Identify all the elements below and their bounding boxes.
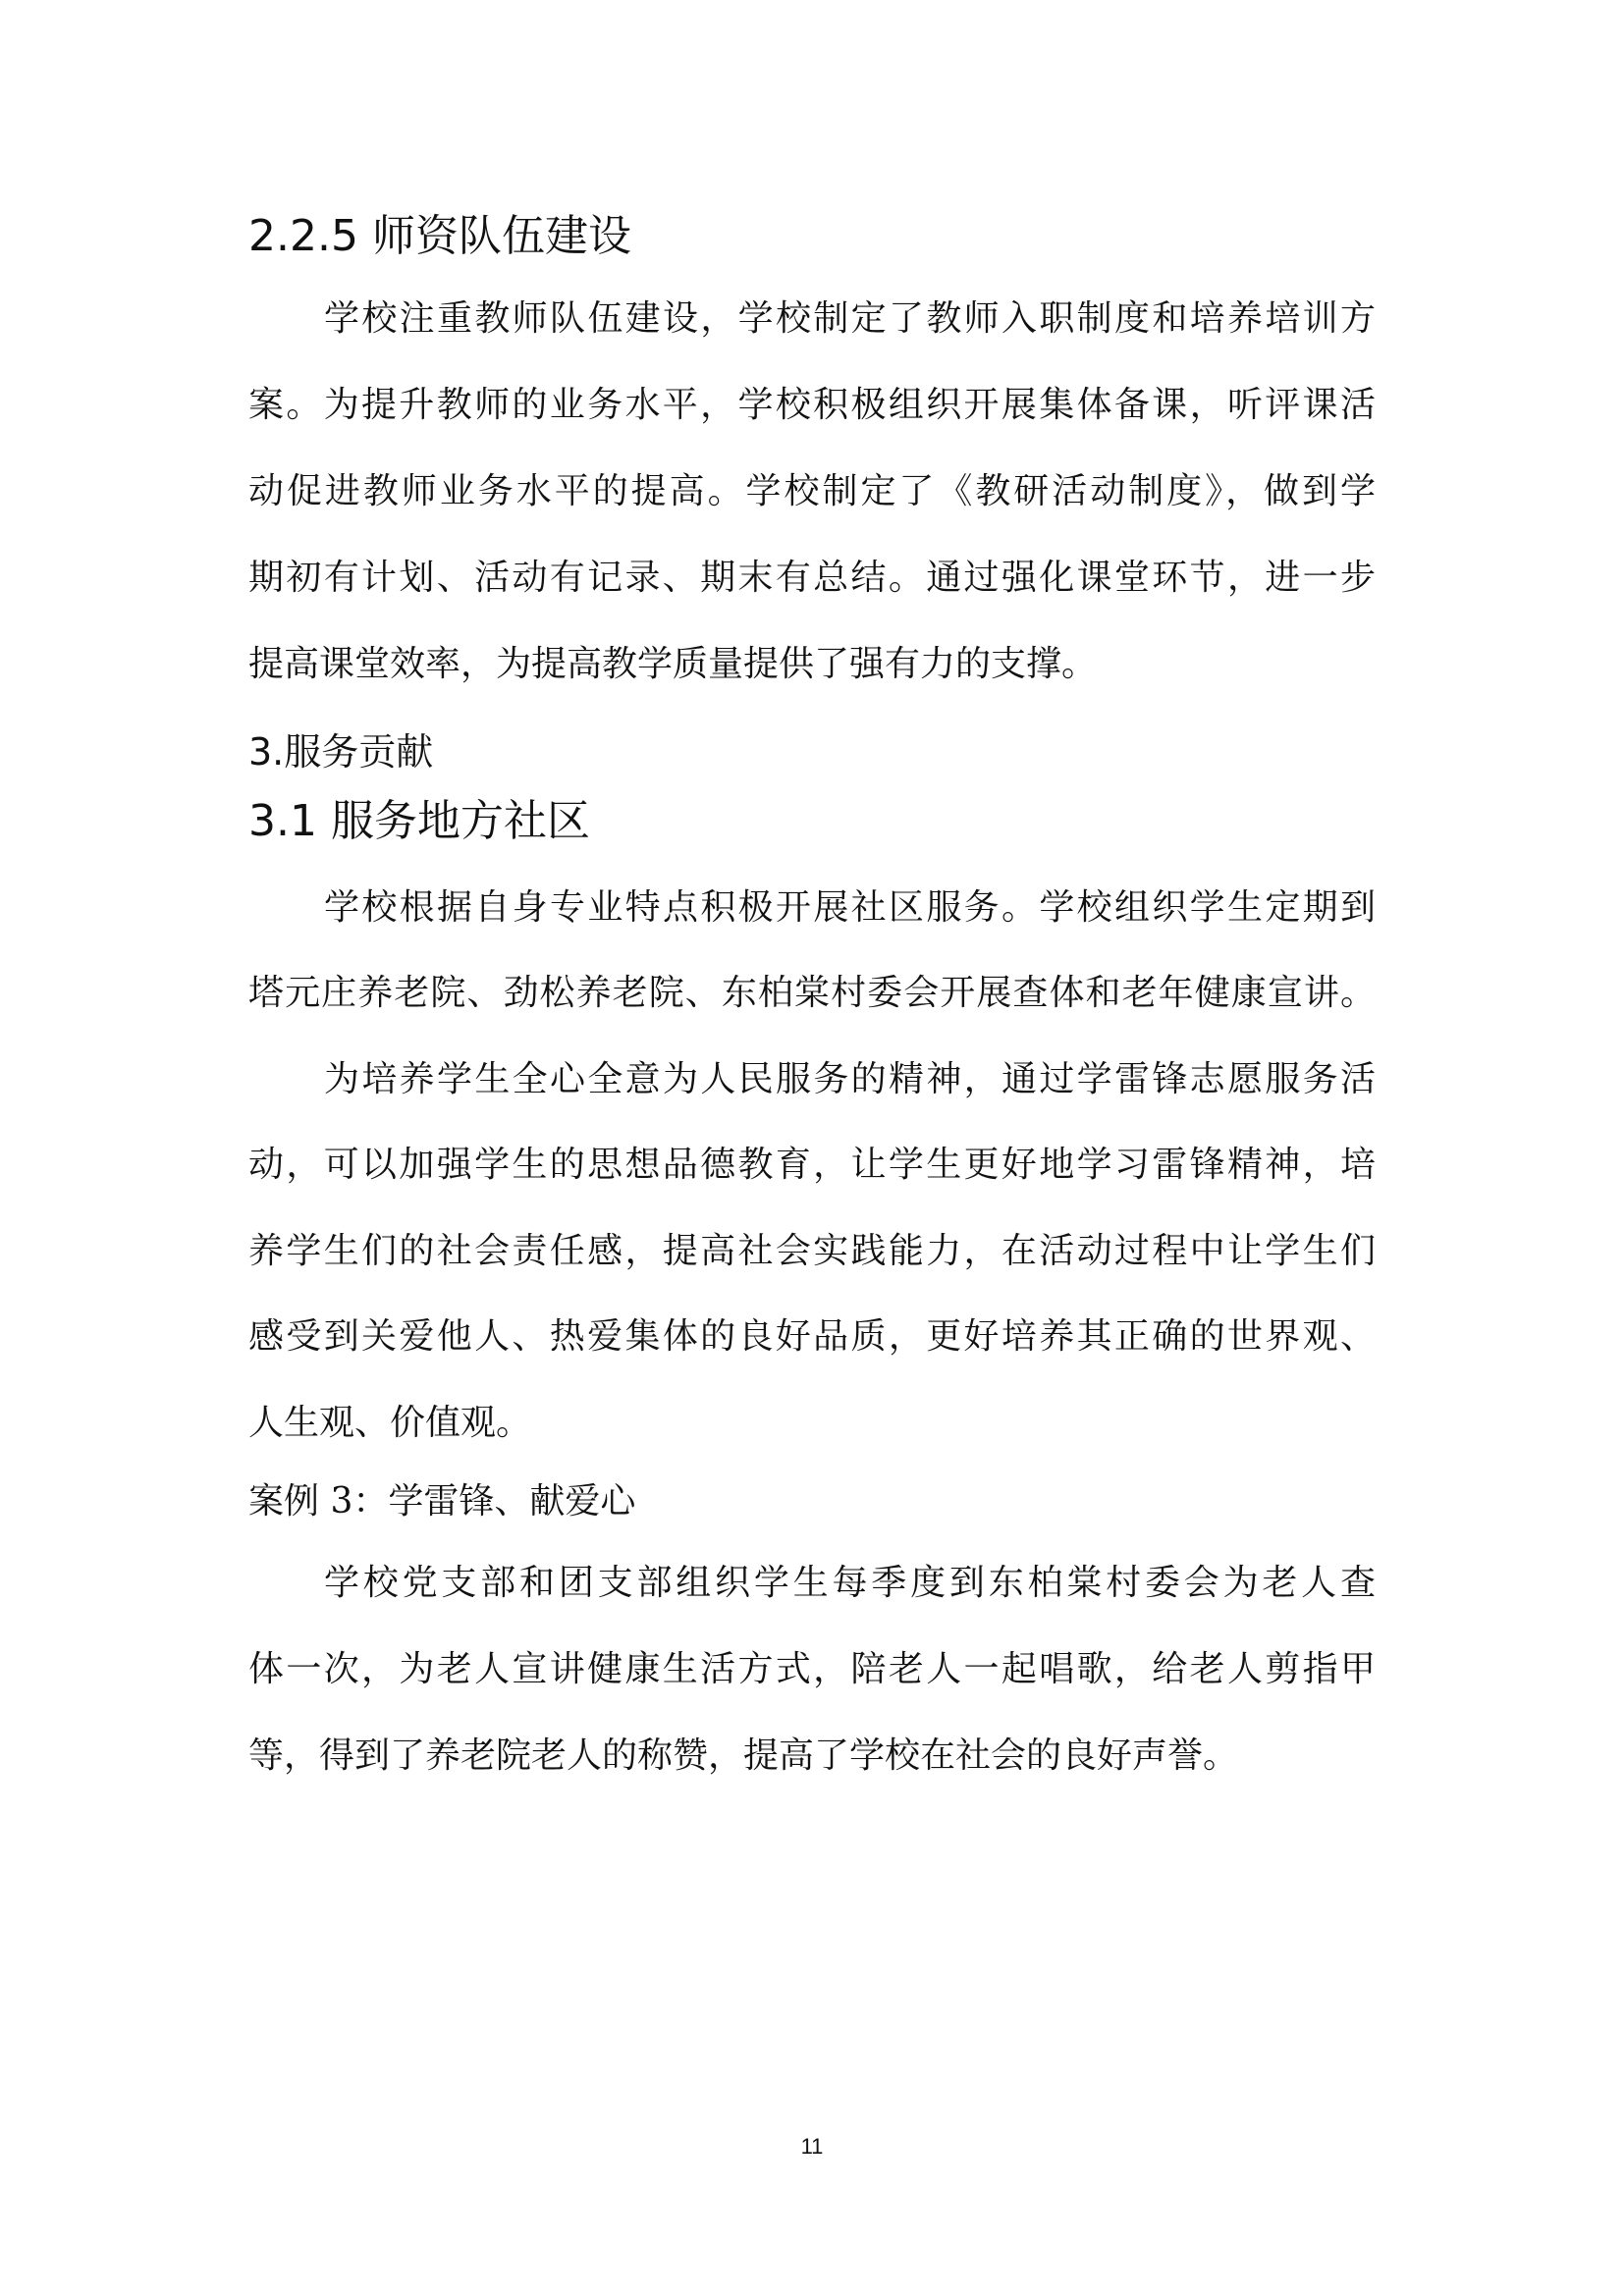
paragraph-line: 养学生们的社会责任感，提高社会实践能力，在活动过程中让学生们 xyxy=(248,1232,1376,1271)
paragraph-line: 学校党支部和团支部组织学生每季度到东柏棠村委会为老人查 xyxy=(324,1564,1376,1603)
section-heading-3-1: 3.1 服务地方社区 xyxy=(248,795,590,848)
paragraph-line: 等，得到了养老院老人的称赞，提高了学校在社会的良好声誉。 xyxy=(248,1736,1376,1776)
paragraph-line: 学校根据自身专业特点积极开展社区服务。学校组织学生定期到 xyxy=(324,888,1376,928)
paragraph-line: 为培养学生全心全意为人民服务的精神，通过学雷锋志愿服务活 xyxy=(324,1060,1376,1099)
page-number: 11 xyxy=(785,2134,839,2160)
case-title: 案例 3：学雷锋、献爱心 xyxy=(248,1480,635,1523)
paragraph-line: 感受到关爱他人、热爱集体的良好品质，更好培养其正确的世界观、 xyxy=(248,1317,1376,1357)
paragraph-line: 体一次，为老人宣讲健康生活方式，陪老人一起唱歌，给老人剪指甲 xyxy=(248,1650,1376,1689)
paragraph-line: 动促进教师业务水平的提高。学校制定了《教研活动制度》，做到学 xyxy=(248,472,1376,511)
paragraph-line: 塔元庄养老院、劲松养老院、东柏棠村委会开展查体和老年健康宣讲。 xyxy=(248,974,1376,1013)
section-heading-3: 3.服务贡献 xyxy=(248,728,433,775)
paragraph-line: 动，可以加强学生的思想品德教育，让学生更好地学习雷锋精神，培 xyxy=(248,1146,1376,1185)
paragraph-line: 人生观、价值观。 xyxy=(248,1404,1376,1443)
document-page: 2.2.5 师资队伍建设 学校注重教师队伍建设，学校制定了教师入职制度和培养培训… xyxy=(0,0,1624,2296)
paragraph-line: 期初有计划、活动有记录、期末有总结。通过强化课堂环节，进一步 xyxy=(248,559,1376,598)
paragraph-line: 学校注重教师队伍建设，学校制定了教师入职制度和培养培训方 xyxy=(324,299,1376,339)
paragraph-line: 提高课堂效率，为提高教学质量提供了强有力的支撑。 xyxy=(248,645,1376,684)
paragraph-line: 案。为提升教师的业务水平，学校积极组织开展集体备课，听评课活 xyxy=(248,386,1376,425)
section-heading-2-2-5: 2.2.5 师资队伍建设 xyxy=(248,210,631,263)
